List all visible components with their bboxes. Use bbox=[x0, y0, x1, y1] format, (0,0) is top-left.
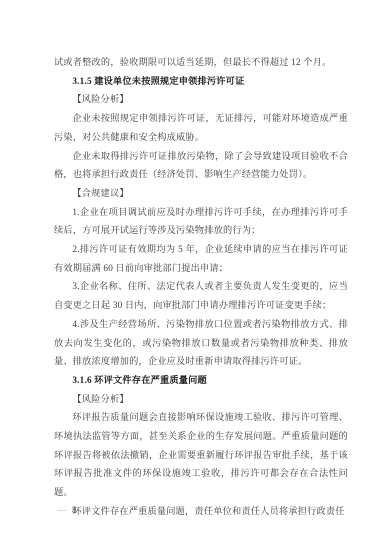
body-paragraph: 环评文件存在严重质量问题，责任单位和责任人员将承担行政责任 bbox=[54, 502, 348, 521]
section-heading-315: 3.1.5 建设单位未按照规定申领排污许可证 bbox=[54, 72, 348, 91]
advice-item-3: 3.企业名称、住所、法定代表人或者主要负责人发生变更的，应当自变更之日起 30 … bbox=[54, 277, 348, 314]
page-number-dash-left: — bbox=[57, 505, 66, 515]
body-text-continuation: 试或者整改的，验收期限可以适当延期，但最长不得超过 12 个月。 bbox=[54, 53, 348, 72]
page-number: —8— bbox=[57, 501, 92, 519]
body-paragraph: 企业未取得排污许可证排放污染物，除了会导致建设项目验收不合格，也将承担行政责任（… bbox=[54, 147, 348, 184]
text-content: 试或者整改的，验收期限可以适当延期，但最长不得超过 12 个月。 3.1.5 建… bbox=[54, 53, 348, 521]
page-number-dash-right: — bbox=[83, 505, 92, 515]
risk-analysis-label: 【风险分析】 bbox=[54, 390, 348, 409]
risk-analysis-label: 【风险分析】 bbox=[54, 90, 348, 109]
compliance-advice-label: 【合规建议】 bbox=[54, 184, 348, 203]
advice-item-2: 2.排污许可证有效期均为 5 年，企业延续申请的应当在排污许可证有效期届满 60… bbox=[54, 240, 348, 277]
advice-item-1: 1.企业在项目调试前应及时办理排污许可手续，在办理排污许可手续后，方可展开试运行… bbox=[54, 203, 348, 240]
body-paragraph: 环评报告质量问题会直接影响环保设施竣工验收、排污许可管理、环境执法监管等方面，甚… bbox=[54, 408, 348, 502]
section-heading-316: 3.1.6 环评文件存在严重质量问题 bbox=[54, 371, 348, 390]
document-page: 试或者整改的，验收期限可以适当延期，但最长不得超过 12 个月。 3.1.5 建… bbox=[0, 0, 390, 551]
page-number-value: 8 bbox=[72, 505, 77, 515]
body-paragraph: 企业未按照规定申领排污许可证，无证排污，可能对环境造成严重污染，对公共健康和安全… bbox=[54, 109, 348, 146]
advice-item-4: 4.涉及生产经营场所、污染物排放口位置或者污染物排放方式、排放去向发生变化的，或… bbox=[54, 315, 348, 371]
